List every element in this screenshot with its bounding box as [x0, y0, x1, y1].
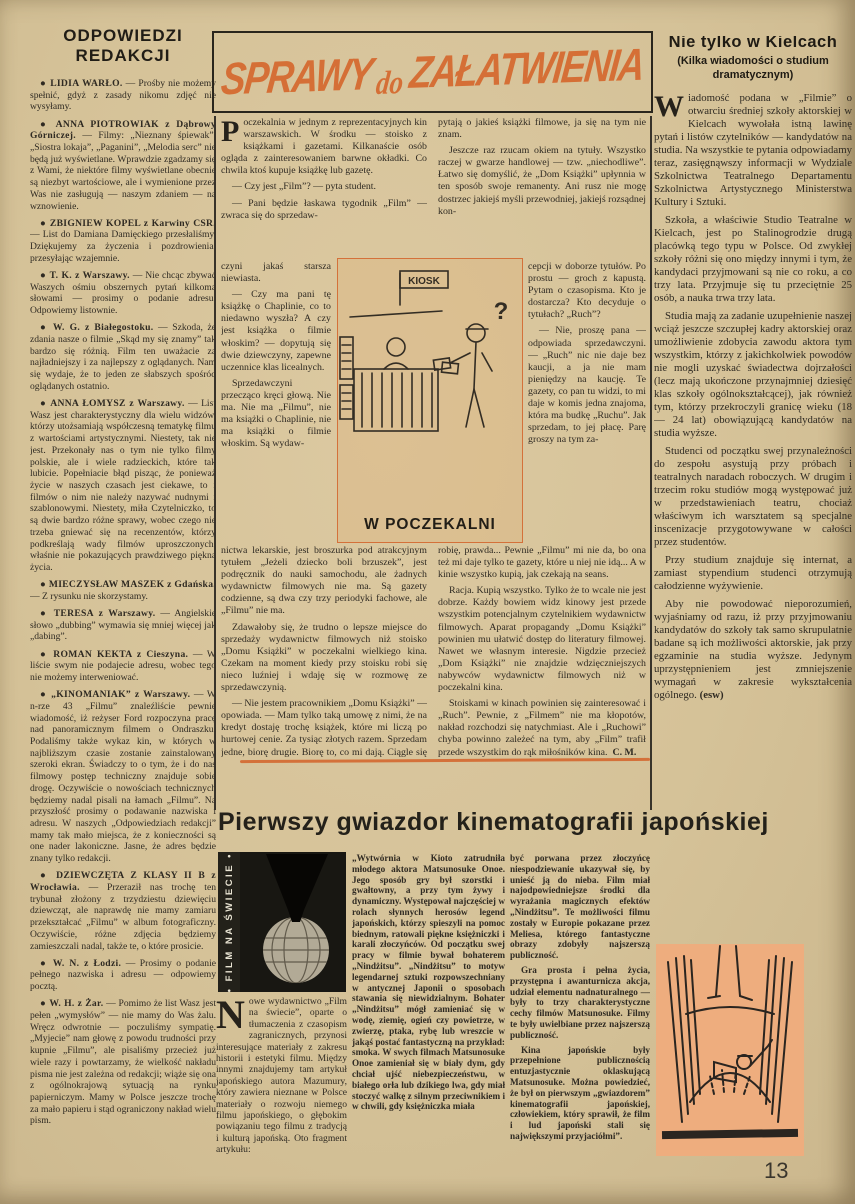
letter-entry: ● DZIEWCZĘTA Z KLASY II B z Wrocławia. —… [30, 870, 216, 952]
letter-entry: ● ANNA ŁOMYSZ z Warszawy. — List Wasz je… [30, 398, 216, 574]
question-mark: ? [494, 298, 509, 325]
kielce-title: Nie tylko w Kielcach [654, 36, 852, 49]
masthead: SPRAWY do ZAŁATWIENIA [212, 31, 653, 113]
film-na-swiecie-cover: • FILM NA ŚWIECIE • [218, 852, 346, 992]
japan-quote-col1: „Wytwórnia w Kioto zatrudniła młodego ak… [352, 853, 505, 1143]
feature-col1-bottom: nictwa lekarskie, jest broszurka pod atr… [221, 545, 427, 761]
feature-byline: C. M. [612, 747, 636, 758]
feature-col2-top: pytają o jakieś książki filmowe, ja się … [438, 117, 646, 257]
letter-entry: ● W. H. z Żar. — Pomimo że list Wasz jes… [30, 998, 216, 1127]
letter-entry: ● ANNA PIOTROWIAK z Dąbrowy Górniczej. —… [30, 119, 216, 213]
feature-col2-bottom: robię, prawda... Pewnie „Filmu” mi nie d… [438, 545, 646, 761]
kielce-subtitle: (Kilka wiadomości o studium dramatycznym… [662, 55, 844, 82]
projector-globe-art [218, 852, 346, 992]
letter-entry: ● LIDIA WARŁO. — Prośby nie możemy spełn… [30, 78, 216, 113]
letter-entry: ● T. K. z Warszawy. — Nie chcąc zbywać W… [30, 270, 216, 317]
kiosk-drawing: KIOSK ? [338, 259, 519, 538]
letter-entry: ● W. G. z Białegostoku. — Szkoda, że zda… [30, 322, 216, 392]
letter-entry: ● W. N. z Łodzi. — Prosimy o podanie peł… [30, 958, 216, 993]
stage-prompter-cartoon [656, 944, 804, 1156]
page-number: 13 [764, 1158, 788, 1184]
drop-cap: P [221, 117, 243, 144]
feature-col1-mid: czyni jakaś starsza niewiasta. — Czy ma … [221, 261, 331, 539]
magazine-page: ODPOWIEDZI REDAKCJI ● LIDIA WARŁO. — Pro… [0, 0, 855, 1204]
cartoon-caption: W POCZEKALNI [338, 516, 522, 534]
letter-entry: ● ROMAN KEKTA z Cieszyna. — W liście swy… [30, 649, 216, 684]
answers-column: ODPOWIEDZI REDAKCJI ● LIDIA WARŁO. — Pro… [30, 26, 216, 1202]
stage-edge-bar [662, 1129, 798, 1139]
drop-cap: W [654, 92, 688, 119]
japan-quote-col2: być porwana przez złoczyńcę niespodziewa… [510, 853, 650, 1143]
masthead-title: SPRAWY do ZAŁATWIENIA [219, 39, 646, 106]
masthead-word-3: ZAŁATWIENIA [407, 39, 646, 99]
author-signature: (esw) [700, 689, 724, 701]
drop-cap: N [216, 996, 249, 1031]
masthead-word-2: do [374, 65, 405, 103]
japan-article-headline: Pierwszy gwiazdor kinematografii japońsk… [218, 808, 818, 837]
letter-entry: ● TERESA z Warszawy. — Angielskie słowo … [30, 608, 216, 643]
kielce-column: Nie tylko w Kielcach (Kilka wiadomości o… [654, 36, 852, 936]
waiting-room-cartoon: KIOSK ? W POCZEKALNI [337, 258, 523, 543]
letter-entry: ● „KINOMANIAK” z Warszawy. — W n-rze 43 … [30, 689, 216, 865]
answers-heading: ODPOWIEDZI REDAKCJI [40, 26, 206, 66]
feature-col1-top: Poczekalnia w jednym z reprezentacyjnych… [221, 117, 427, 257]
projector-horn [266, 854, 328, 910]
letter-entry: ● ZBIGNIEW KOPEL z Karwiny CSR. — List d… [30, 218, 216, 265]
column-divider-right [650, 116, 652, 810]
stage-drawing [656, 944, 804, 1156]
kiosk-sign-label: KIOSK [408, 276, 440, 287]
japan-article-intro: Nowe wydawnictwo „Film na świecie”, opar… [216, 996, 347, 1180]
column-divider-left [214, 116, 216, 810]
letter-entry: ● MIECZYSŁAW MASZEK z Gdańska. — Z rysun… [30, 579, 216, 602]
masthead-word-1: SPRAWY [219, 48, 374, 105]
feature-col2-mid: cepcji w doborze tytułów. Po prostu — gr… [528, 261, 646, 539]
